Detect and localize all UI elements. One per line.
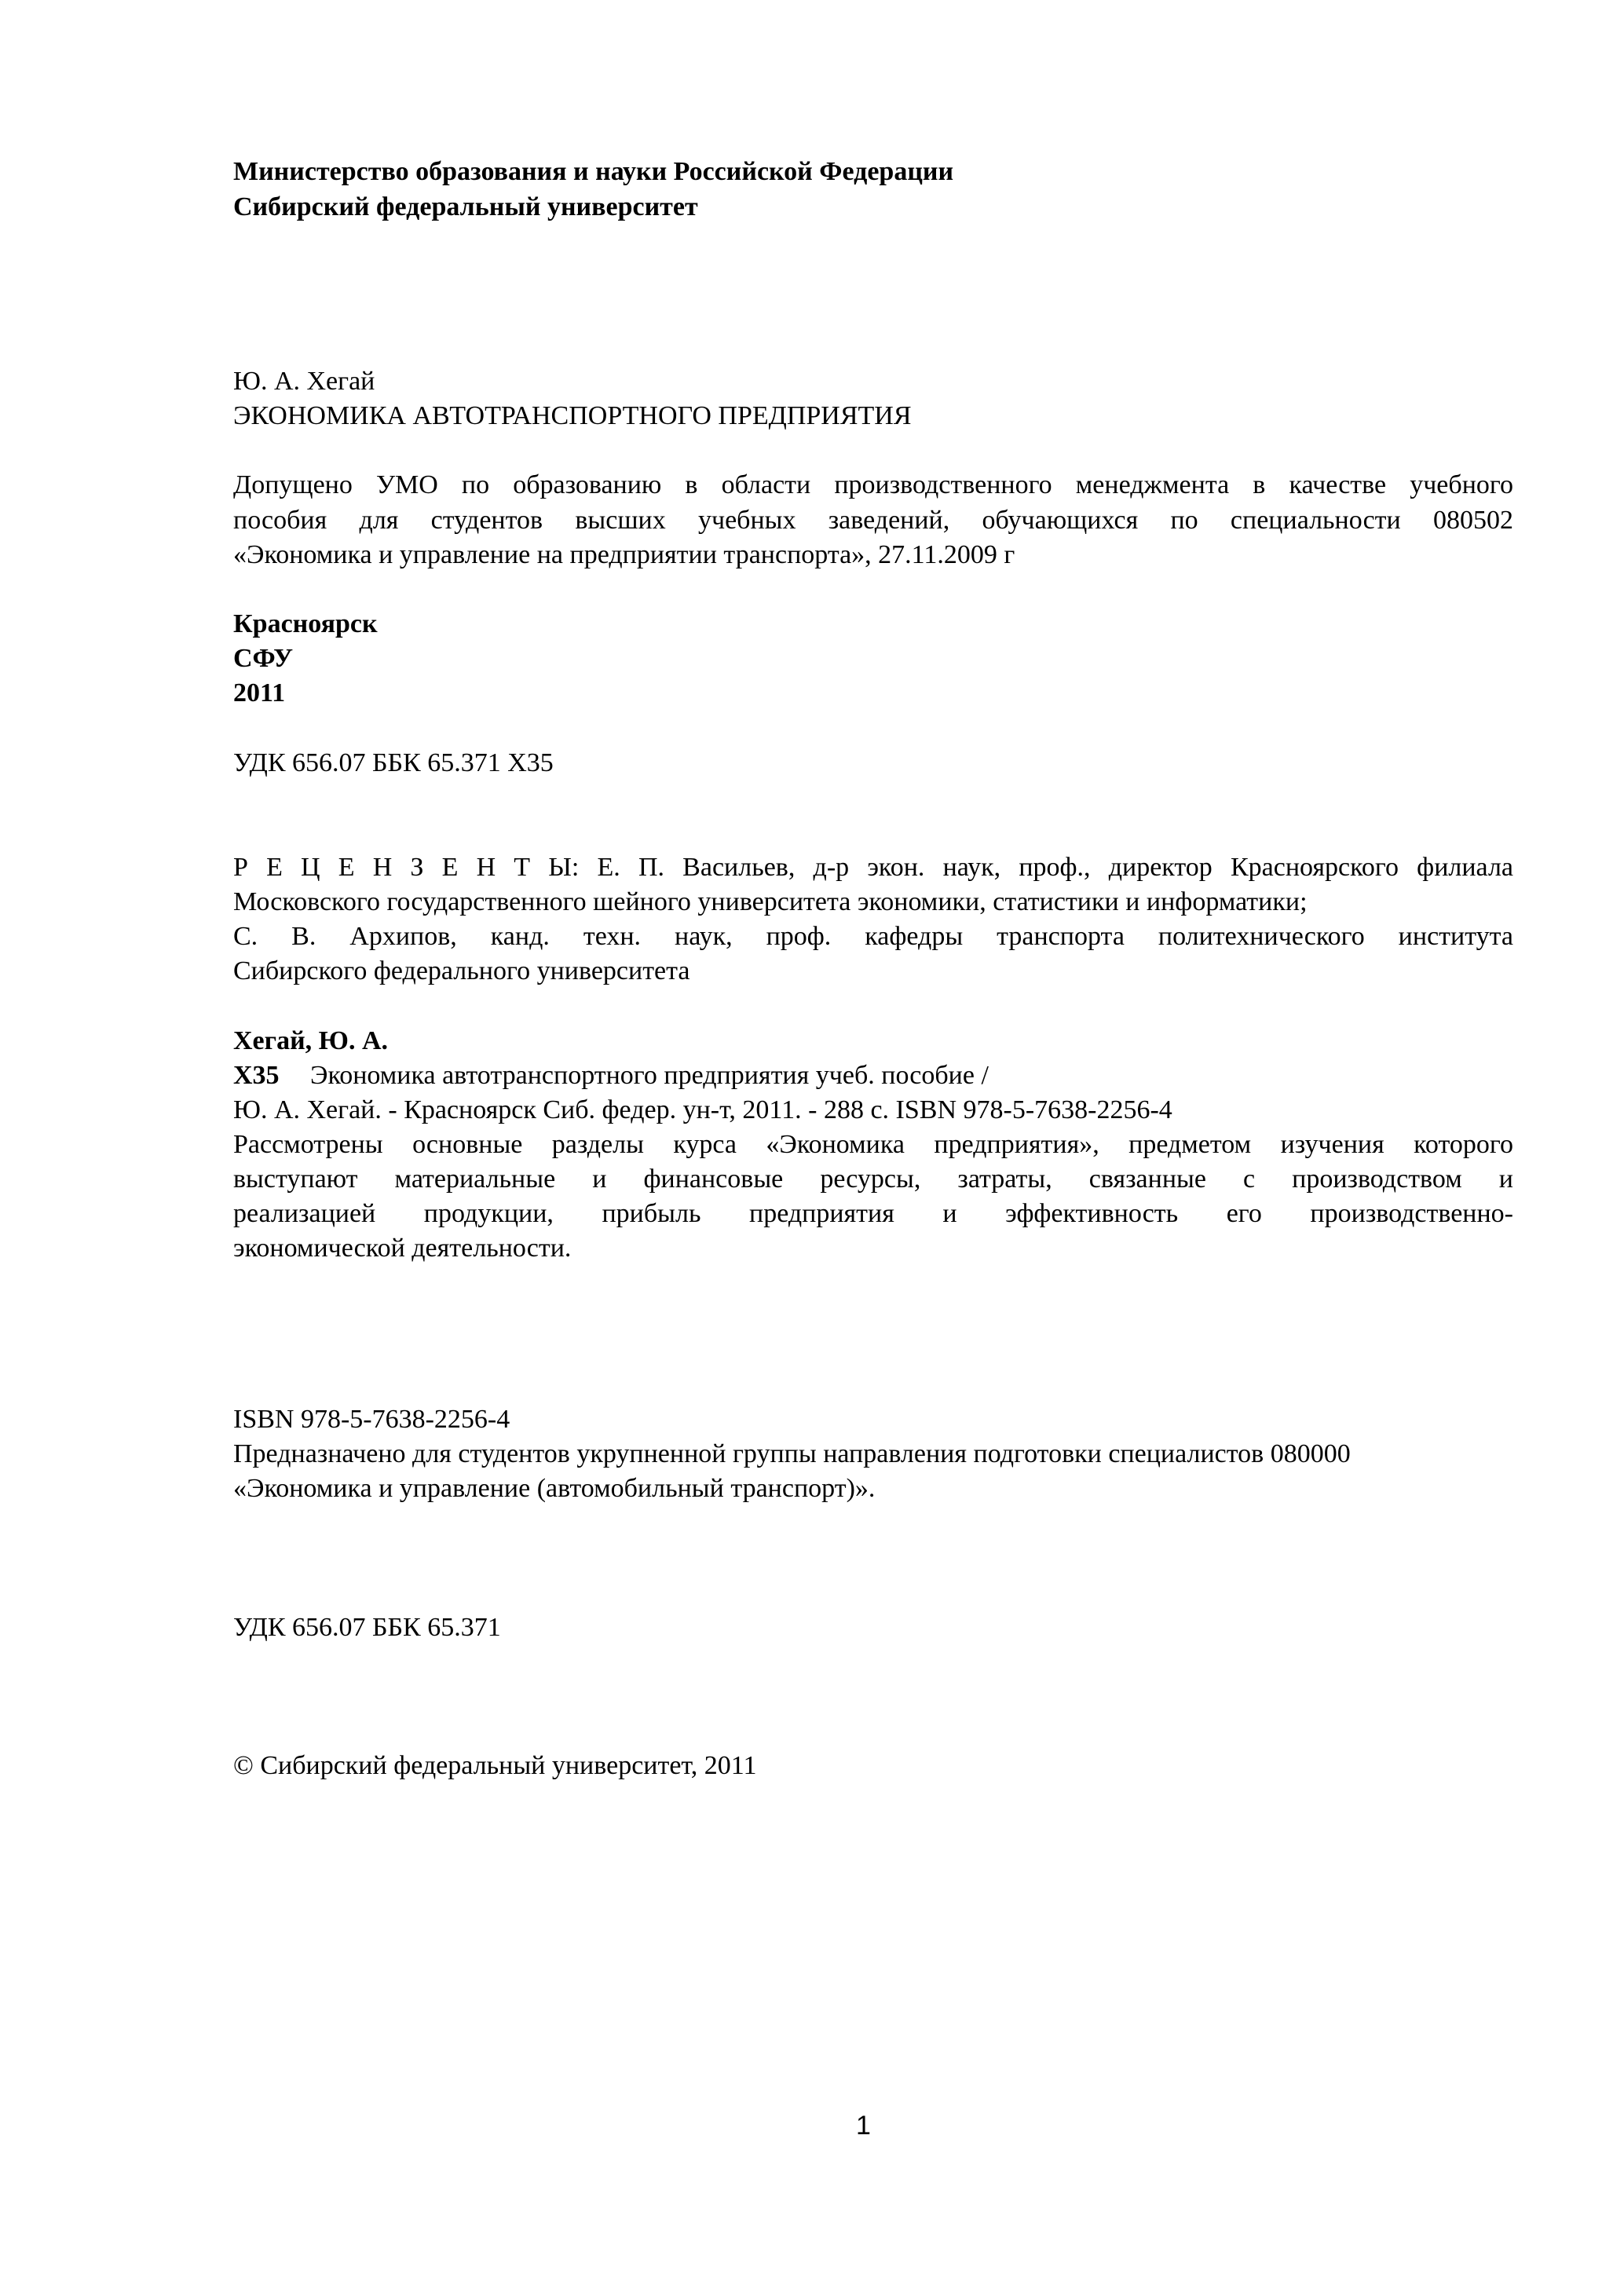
catalog-title-line: Экономика автотранспортного предприятия … <box>310 1061 989 1090</box>
university-heading: Сибирский федеральный университет <box>233 189 698 225</box>
copyright-notice: © Сибирский федеральный университет, 201… <box>233 1748 756 1783</box>
reviewers-line-1: Р Е Ц Е Н З Е Н Т Ы: Е. П. Васильев, д-р… <box>233 850 1513 885</box>
catalog-abstract-line-3: реализацией продукции, прибыль предприят… <box>233 1196 1513 1231</box>
imprint-publisher: СФУ <box>233 641 293 676</box>
isbn: ISBN 978-5-7638-2256-4 <box>233 1402 510 1437</box>
classification-codes-top: УДК 656.07 ББК 65.371 Х35 <box>233 745 554 781</box>
approval-line-3: «Экономика и управление на предприятии т… <box>233 537 1015 572</box>
catalog-abstract-line-1: Рассмотрены основные разделы курса «Экон… <box>233 1127 1513 1162</box>
catalog-author-heading: Хегай, Ю. А. <box>233 1023 388 1058</box>
reviewers-line-2: Московского государственного шейного уни… <box>233 884 1308 919</box>
reviewers-line-4: Сибирского федерального университета <box>233 953 690 989</box>
purpose-line-1: Предназначено для студентов укрупненной … <box>233 1436 1351 1472</box>
catalog-abstract-line-4: экономической деятельности. <box>233 1230 571 1266</box>
author-name: Ю. А. Хегай <box>233 364 375 399</box>
classification-codes-bottom: УДК 656.07 ББК 65.371 <box>233 1610 501 1645</box>
catalog-abstract-line-2: выступают материальные и финансовые ресу… <box>233 1161 1513 1197</box>
ministry-heading: Министерство образования и науки Российс… <box>233 154 953 189</box>
approval-line-2: пособия для студентов высших учебных зав… <box>233 503 1513 538</box>
catalog-code: Х35 <box>233 1058 310 1093</box>
approval-line-1: Допущено УМО по образованию в области пр… <box>233 467 1513 503</box>
page-number: 1 <box>856 2111 871 2141</box>
catalog-publication-line: Ю. А. Хегай. - Красноярск Сиб. федер. ун… <box>233 1092 1172 1128</box>
reviewers-line-3: С. В. Архипов, канд. техн. наук, проф. к… <box>233 919 1513 954</box>
book-title: ЭКОНОМИКА АВТОТРАНСПОРТНОГО ПРЕДПРИЯТИЯ <box>233 398 912 433</box>
document-page: Министерство образования и науки Российс… <box>0 0 1624 2296</box>
catalog-title-row: Х35Экономика автотранспортного предприят… <box>233 1058 989 1093</box>
imprint-city: Красноярск <box>233 606 378 642</box>
purpose-line-2: «Экономика и управление (автомобильный т… <box>233 1471 875 1506</box>
imprint-year: 2011 <box>233 675 285 711</box>
